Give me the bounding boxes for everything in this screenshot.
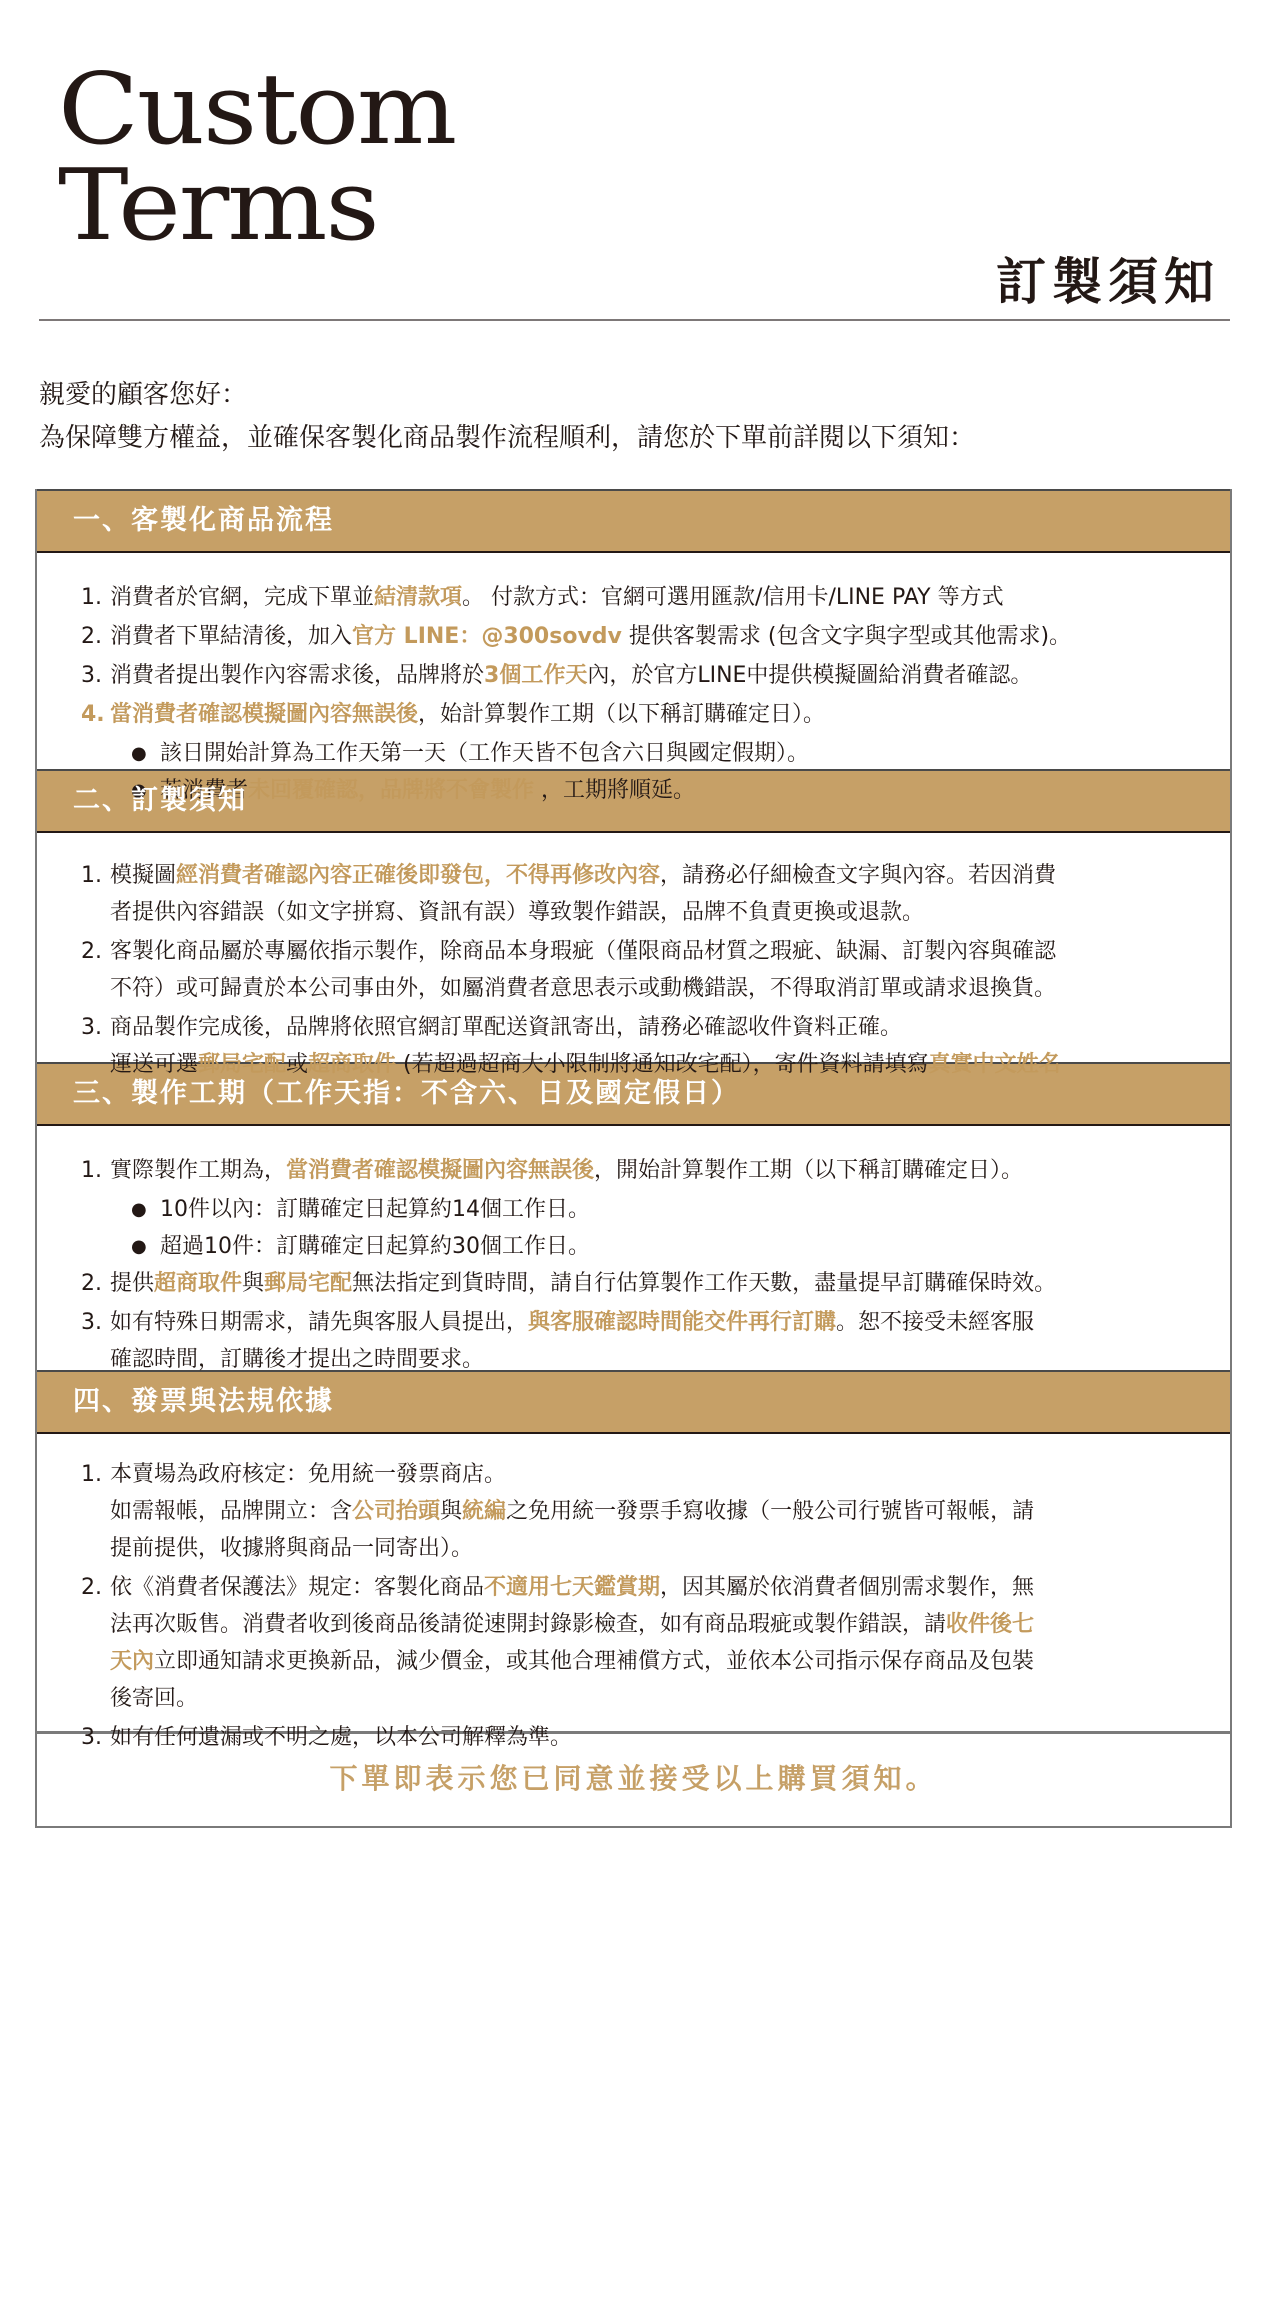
plain-text: 商品製作完成後，品牌將依照官網訂單配送資訊寄出，請務必確認收件資料正確。 — [110, 1015, 902, 1040]
highlight-text: 經消費者確認內容正確後即發包，不得再修改內容 — [176, 863, 660, 888]
text-line: 不符）或可歸責於本公司事由外，如屬消費者意思表示或動機錯誤，不得取消訂單或請求退… — [110, 970, 1056, 1007]
highlight-text: 超商取件 — [154, 1271, 242, 1296]
text-line: 消費者下單結清後，加入官方 LINE：@300sovdv 提供客製需求 (包含文… — [110, 618, 1071, 655]
plain-text: ，請務必仔細檢查文字與內容。若因消費 — [660, 863, 1056, 888]
plain-text: 依《消費者保護法》規定：客製化商品 — [110, 1575, 484, 1600]
plain-text: 消費者於官網，完成下單並 — [110, 585, 374, 610]
list-item: 2.客製化商品屬於專屬依指示製作，除商品本身瑕疵（僅限商品材質之瑕疵、缺漏、訂製… — [81, 933, 1210, 1007]
item-text: 超過10件：訂購確定日起算約30個工作日。 — [160, 1228, 590, 1265]
title-line-custom: Custom — [58, 62, 455, 158]
plain-text: 確認時間，訂購後才提出之時間要求。 — [110, 1347, 484, 1372]
plain-text: 10件以內：訂購確定日起算約14個工作日。 — [160, 1197, 590, 1222]
text-line: 超過10件：訂購確定日起算約30個工作日。 — [160, 1228, 590, 1265]
section-invoice-legal: 四、發票與法規依據 1.本賣場為政府核定：免用統一發票商店。如需報帳，品牌開立：… — [37, 1370, 1230, 1731]
bullet-icon: ● — [131, 735, 160, 772]
bullet-item: ●10件以內：訂購確定日起算約14個工作日。 — [131, 1191, 1210, 1228]
item-text: 10件以內：訂購確定日起算約14個工作日。 — [160, 1191, 590, 1228]
bullet-icon: ● — [131, 1191, 160, 1228]
plain-text: 與 — [242, 1271, 264, 1296]
text-line: 當消費者確認模擬圖內容無誤後，始計算製作工期（以下稱訂購確定日）。 — [110, 696, 825, 733]
text-line: 消費者於官網，完成下單並結清款項。 付款方式：官網可選用匯款/信用卡/LINE … — [110, 579, 1004, 616]
highlight-text: 公司抬頭 — [352, 1499, 440, 1524]
plain-text: 者提供內容錯誤（如文字拼寫、資訊有誤）導致製作錯誤，品牌不負責更換或退款。 — [110, 900, 924, 925]
text-line: 商品製作完成後，品牌將依照官網訂單配送資訊寄出，請務必確認收件資料正確。 — [110, 1009, 1061, 1046]
list-item: 4.當消費者確認模擬圖內容無誤後，始計算製作工期（以下稱訂購確定日）。 — [81, 696, 1210, 733]
plain-text: 提前提供，收據將與商品一同寄出）。 — [110, 1536, 473, 1561]
plain-text: 客製化商品屬於專屬依指示製作，除商品本身瑕疵（僅限商品材質之瑕疵、缺漏、訂製內容… — [110, 939, 1056, 964]
item-text: 提供超商取件與郵局宅配無法指定到貨時間，請自行估算製作工作天數，盡量提早訂購確保… — [110, 1265, 1056, 1302]
text-line: 天內立即通知請求更換新品，減少價金，或其他合理補償方式，並依本公司指示保存商品及… — [110, 1643, 1034, 1680]
plain-text: 無法指定到貨時間，請自行估算製作工作天數，盡量提早訂購確保時效。 — [352, 1271, 1056, 1296]
highlight-text: 官方 LINE：@300sovdv — [352, 624, 622, 649]
item-number: 1. — [81, 579, 110, 616]
list-item: 1.消費者於官網，完成下單並結清款項。 付款方式：官網可選用匯款/信用卡/LIN… — [81, 579, 1210, 616]
highlight-text: 當消費者確認模擬圖內容無誤後 — [286, 1158, 594, 1183]
plain-text: ，因其屬於依消費者個別需求製作，無 — [660, 1575, 1034, 1600]
section-custom-process: 一、客製化商品流程 1.消費者於官網，完成下單並結清款項。 付款方式：官網可選用… — [37, 489, 1230, 769]
plain-text: 消費者下單結清後，加入 — [110, 624, 352, 649]
intro-statement: 為保障雙方權益，並確保客製化商品製作流程順利，請您於下單前詳閱以下須知： — [39, 417, 975, 460]
list-item: 1.模擬圖經消費者確認內容正確後即發包，不得再修改內容，請務必仔細檢查文字與內容… — [81, 857, 1210, 931]
text-line: 實際製作工期為，當消費者確認模擬圖內容無誤後，開始計算製作工期（以下稱訂購確定日… — [110, 1152, 1023, 1189]
plain-text: 。恕不接受未經客服 — [836, 1310, 1034, 1335]
item-text: 該日開始計算為工作天第一天（工作天皆不包含六日與國定假期）。 — [160, 735, 809, 772]
highlight-text: 不適用七天鑑賞期 — [484, 1575, 660, 1600]
plain-text: 如需報帳，品牌開立：含 — [110, 1499, 352, 1524]
plain-text: 模擬圖 — [110, 863, 176, 888]
plain-text: 提供 — [110, 1271, 154, 1296]
section-body: 1.本賣場為政府核定：免用統一發票商店。如需報帳，品牌開立：含公司抬頭與統編之免… — [37, 1434, 1230, 1731]
plain-text: 如有特殊日期需求，請先與客服人員提出， — [110, 1310, 528, 1335]
item-number: 1. — [81, 1456, 110, 1567]
plain-text: 之免用統一發票手寫收據（一般公司行號皆可報帳，請 — [506, 1499, 1034, 1524]
item-text: 依《消費者保護法》規定：客製化商品不適用七天鑑賞期，因其屬於依消費者個別需求製作… — [110, 1569, 1034, 1717]
text-line: 客製化商品屬於專屬依指示製作，除商品本身瑕疵（僅限商品材質之瑕疵、缺漏、訂製內容… — [110, 933, 1056, 970]
list-item: 2.提供超商取件與郵局宅配無法指定到貨時間，請自行估算製作工作天數，盡量提早訂購… — [81, 1265, 1210, 1302]
text-line: 10件以內：訂購確定日起算約14個工作日。 — [160, 1191, 590, 1228]
item-number: 2. — [81, 1265, 110, 1302]
plain-text: 超過10件：訂購確定日起算約30個工作日。 — [160, 1234, 590, 1259]
bullet-item: ●該日開始計算為工作天第一天（工作天皆不包含六日與國定假期）。 — [131, 735, 1210, 772]
plain-text: 消費者提出製作內容需求後，品牌將於 — [110, 663, 484, 688]
plain-text: 。 付款方式：官網可選用匯款/信用卡/LINE PAY 等方式 — [462, 585, 1004, 610]
highlight-text: 收件後七 — [946, 1612, 1034, 1637]
list-item: 3.消費者提出製作內容需求後，品牌將於3個工作天內，於官方LINE中提供模擬圖給… — [81, 657, 1210, 694]
highlight-text: 統編 — [462, 1499, 506, 1524]
highlight-text: 當消費者確認模擬圖內容無誤後 — [110, 702, 418, 727]
bullet-icon: ● — [131, 1228, 160, 1265]
section-header: 一、客製化商品流程 — [37, 489, 1230, 553]
highlight-text: 結清款項 — [374, 585, 462, 610]
list-item: 3.如有特殊日期需求，請先與客服人員提出，與客服確認時間能交件再行訂購。恕不接受… — [81, 1304, 1210, 1378]
item-text: 如有特殊日期需求，請先與客服人員提出，與客服確認時間能交件再行訂購。恕不接受未經… — [110, 1304, 1034, 1378]
highlight-text: 3個工作天 — [484, 663, 587, 688]
text-line: 該日開始計算為工作天第一天（工作天皆不包含六日與國定假期）。 — [160, 735, 809, 772]
highlight-text: 郵局宅配 — [264, 1271, 352, 1296]
item-text: 客製化商品屬於專屬依指示製作，除商品本身瑕疵（僅限商品材質之瑕疵、缺漏、訂製內容… — [110, 933, 1056, 1007]
text-line: 法再次販售。消費者收到後商品後請從速開封錄影檢查，如有商品瑕疵或製作錯誤，請收件… — [110, 1606, 1034, 1643]
section-body: 1.實際製作工期為，當消費者確認模擬圖內容無誤後，開始計算製作工期（以下稱訂購確… — [37, 1126, 1230, 1370]
highlight-text: 真實中文姓名 — [929, 1052, 1061, 1077]
plain-text: 實際製作工期為， — [110, 1158, 286, 1183]
item-number: 3. — [81, 1719, 110, 1756]
highlight-text: 未回覆確認，品牌將不會製作 — [248, 778, 534, 803]
plain-text: 立即通知請求更換新品，減少價金，或其他合理補償方式，並依本公司指示保存商品及包裝 — [154, 1649, 1034, 1674]
section-header: 四、發票與法規依據 — [37, 1370, 1230, 1434]
text-line: 依《消費者保護法》規定：客製化商品不適用七天鑑賞期，因其屬於依消費者個別需求製作… — [110, 1569, 1034, 1606]
plain-text: 不符）或可歸責於本公司事由外，如屬消費者意思表示或動機錯誤，不得取消訂單或請求退… — [110, 976, 1056, 1001]
section-order-notice: 二、訂製須知 1.模擬圖經消費者確認內容正確後即發包，不得再修改內容，請務必仔細… — [37, 769, 1230, 1062]
plain-text: 與 — [440, 1499, 462, 1524]
list-item: 1.本賣場為政府核定：免用統一發票商店。如需報帳，品牌開立：含公司抬頭與統編之免… — [81, 1456, 1210, 1567]
section-production-time: 三、製作工期（工作天指：不含六、日及國定假日） 1.實際製作工期為，當消費者確認… — [37, 1062, 1230, 1370]
text-line: 消費者提出製作內容需求後，品牌將於3個工作天內，於官方LINE中提供模擬圖給消費… — [110, 657, 1032, 694]
section-body: 1.消費者於官網，完成下單並結清款項。 付款方式：官網可選用匯款/信用卡/LIN… — [37, 553, 1230, 769]
plain-text: 提供客製需求 (包含文字與字型或其他需求)。 — [622, 624, 1071, 649]
intro-greeting: 親愛的顧客您好： — [39, 374, 975, 417]
item-text: 消費者提出製作內容需求後，品牌將於3個工作天內，於官方LINE中提供模擬圖給消費… — [110, 657, 1032, 694]
page-title-chinese: 訂製須知 — [996, 242, 1220, 314]
item-text: 本賣場為政府核定：免用統一發票商店。如需報帳，品牌開立：含公司抬頭與統編之免用統… — [110, 1456, 1034, 1567]
item-number: 1. — [81, 857, 110, 931]
item-number: 2. — [81, 1569, 110, 1717]
text-line: 提前提供，收據將與商品一同寄出）。 — [110, 1530, 1034, 1567]
intro-text: 親愛的顧客您好： 為保障雙方權益，並確保客製化商品製作流程順利，請您於下單前詳閱… — [39, 374, 975, 460]
bullet-item: ●超過10件：訂購確定日起算約30個工作日。 — [131, 1228, 1210, 1265]
text-line: 如有特殊日期需求，請先與客服人員提出，與客服確認時間能交件再行訂購。恕不接受未經… — [110, 1304, 1034, 1341]
item-number: 1. — [81, 1152, 110, 1189]
text-line: 提供超商取件與郵局宅配無法指定到貨時間，請自行估算製作工作天數，盡量提早訂購確保… — [110, 1265, 1056, 1302]
item-text: 實際製作工期為，當消費者確認模擬圖內容無誤後，開始計算製作工期（以下稱訂購確定日… — [110, 1152, 1023, 1189]
plain-text: 後寄回。 — [110, 1686, 198, 1711]
item-text: 模擬圖經消費者確認內容正確後即發包，不得再修改內容，請務必仔細檢查文字與內容。若… — [110, 857, 1056, 931]
item-number: 2. — [81, 618, 110, 655]
item-text: 消費者下單結清後，加入官方 LINE：@300sovdv 提供客製需求 (包含文… — [110, 618, 1071, 655]
plain-text: 法再次販售。消費者收到後商品後請從速開封錄影檢查，如有商品瑕疵或製作錯誤，請 — [110, 1612, 946, 1637]
item-number: 3. — [81, 1304, 110, 1378]
plain-text: ，始計算製作工期（以下稱訂購確定日）。 — [418, 702, 825, 727]
plain-text: 該日開始計算為工作天第一天（工作天皆不包含六日與國定假期）。 — [160, 741, 809, 766]
terms-box: 一、客製化商品流程 1.消費者於官網，完成下單並結清款項。 付款方式：官網可選用… — [35, 489, 1232, 1828]
item-number: 3. — [81, 657, 110, 694]
plain-text: 內，於官方LINE中提供模擬圖給消費者確認。 — [587, 663, 1032, 688]
plain-text: 本賣場為政府核定：免用統一發票商店。 — [110, 1462, 506, 1487]
list-item: 2.依《消費者保護法》規定：客製化商品不適用七天鑑賞期，因其屬於依消費者個別需求… — [81, 1569, 1210, 1717]
item-text: 當消費者確認模擬圖內容無誤後，始計算製作工期（以下稱訂購確定日）。 — [110, 696, 825, 733]
text-line: 如需報帳，品牌開立：含公司抬頭與統編之免用統一發票手寫收據（一般公司行號皆可報帳… — [110, 1493, 1034, 1530]
text-line: 模擬圖經消費者確認內容正確後即發包，不得再修改內容，請務必仔細檢查文字與內容。若… — [110, 857, 1056, 894]
page-title-english: Custom Terms — [58, 62, 455, 254]
plain-text: ，開始計算製作工期（以下稱訂購確定日）。 — [594, 1158, 1023, 1183]
section-body: 1.模擬圖經消費者確認內容正確後即發包，不得再修改內容，請務必仔細檢查文字與內容… — [37, 833, 1230, 1062]
text-line: 後寄回。 — [110, 1680, 1034, 1717]
item-number: 2. — [81, 933, 110, 1007]
list-item: 2.消費者下單結清後，加入官方 LINE：@300sovdv 提供客製需求 (包… — [81, 618, 1210, 655]
text-line: 者提供內容錯誤（如文字拼寫、資訊有誤）導致製作錯誤，品牌不負責更換或退款。 — [110, 894, 1056, 931]
text-line: 本賣場為政府核定：免用統一發票商店。 — [110, 1456, 1034, 1493]
highlight-text: 天內 — [110, 1649, 154, 1674]
list-item: 1.實際製作工期為，當消費者確認模擬圖內容無誤後，開始計算製作工期（以下稱訂購確… — [81, 1152, 1210, 1189]
item-number: 4. — [81, 696, 110, 733]
plain-text: ，工期將順延。 — [534, 778, 695, 803]
item-text: 消費者於官網，完成下單並結清款項。 付款方式：官網可選用匯款/信用卡/LINE … — [110, 579, 1004, 616]
title-line-terms: Terms — [58, 158, 455, 254]
header-divider — [39, 319, 1230, 321]
highlight-text: 與客服確認時間能交件再行訂購 — [528, 1310, 836, 1335]
